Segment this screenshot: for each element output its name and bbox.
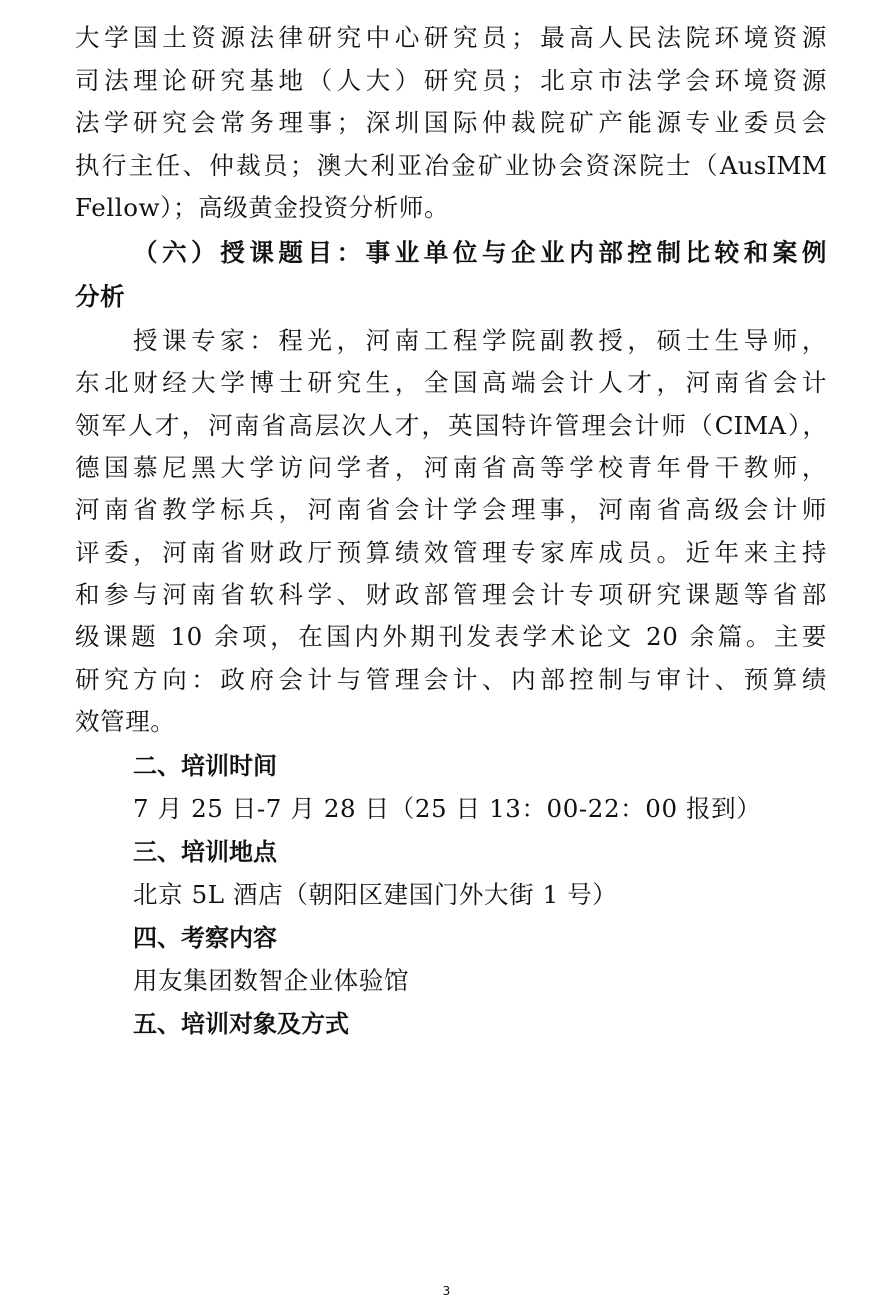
bio-line: 法学研究会常务理事；深圳国际仲裁院矿产能源专业委员会 [75,102,827,144]
course-title: 分析 [75,276,827,318]
bio-line: Fellow）；高级黄金投资分析师。 [75,187,827,229]
expert-bio-line: 评委，河南省财政厅预算绩效管理专家库成员。近年来主持 [75,532,827,574]
bio-line: 司法理论研究基地（人大）研究员；北京市法学会环境资源 [75,60,827,102]
section-heading-inspection-content: 四、考察内容 [133,917,277,959]
section-content-training-location: 北京 5L 酒店（朝阳区建国门外大街 1 号） [133,874,617,916]
section-content-inspection-content: 用友集团数智企业体验馆 [133,960,409,1002]
document-page: 大学国土资源法律研究中心研究员；最高人民法院环境资源 司法理论研究基地（人大）研… [0,0,893,1314]
expert-bio-line: 效管理。 [75,701,827,743]
course-title: （六）授课题目：事业单位与企业内部控制比较和案例 [133,232,827,274]
page-number: 3 [0,1284,893,1298]
expert-bio-line: 东北财经大学博士研究生，全国高端会计人才，河南省会计 [75,362,827,404]
section-content-training-time: 7 月 25 日-7 月 28 日（25 日 13：00-22：00 报到） [133,788,761,830]
expert-bio-line: 德国慕尼黑大学访问学者，河南省高等学校青年骨干教师， [75,447,827,489]
section-heading-training-target: 五、培训对象及方式 [133,1003,349,1045]
bio-line: 执行主任、仲裁员；澳大利亚冶金矿业协会资深院士（AusIMM [75,145,827,187]
section-heading-training-time: 二、培训时间 [133,745,277,787]
expert-bio-line: 和参与河南省软科学、财政部管理会计专项研究课题等省部 [75,574,827,616]
bio-line: 大学国土资源法律研究中心研究员；最高人民法院环境资源 [75,17,827,59]
expert-bio-line: 级课题 10 余项，在国内外期刊发表学术论文 20 余篇。主要 [75,616,827,658]
expert-bio-line: 授课专家：程光，河南工程学院副教授，硕士生导师， [133,320,827,362]
expert-bio-line: 研究方向：政府会计与管理会计、内部控制与审计、预算绩 [75,659,827,701]
expert-bio-line: 领军人才，河南省高层次人才，英国特许管理会计师（CIMA）， [75,405,827,447]
expert-bio-line: 河南省教学标兵，河南省会计学会理事，河南省高级会计师 [75,489,827,531]
section-heading-training-location: 三、培训地点 [133,831,277,873]
